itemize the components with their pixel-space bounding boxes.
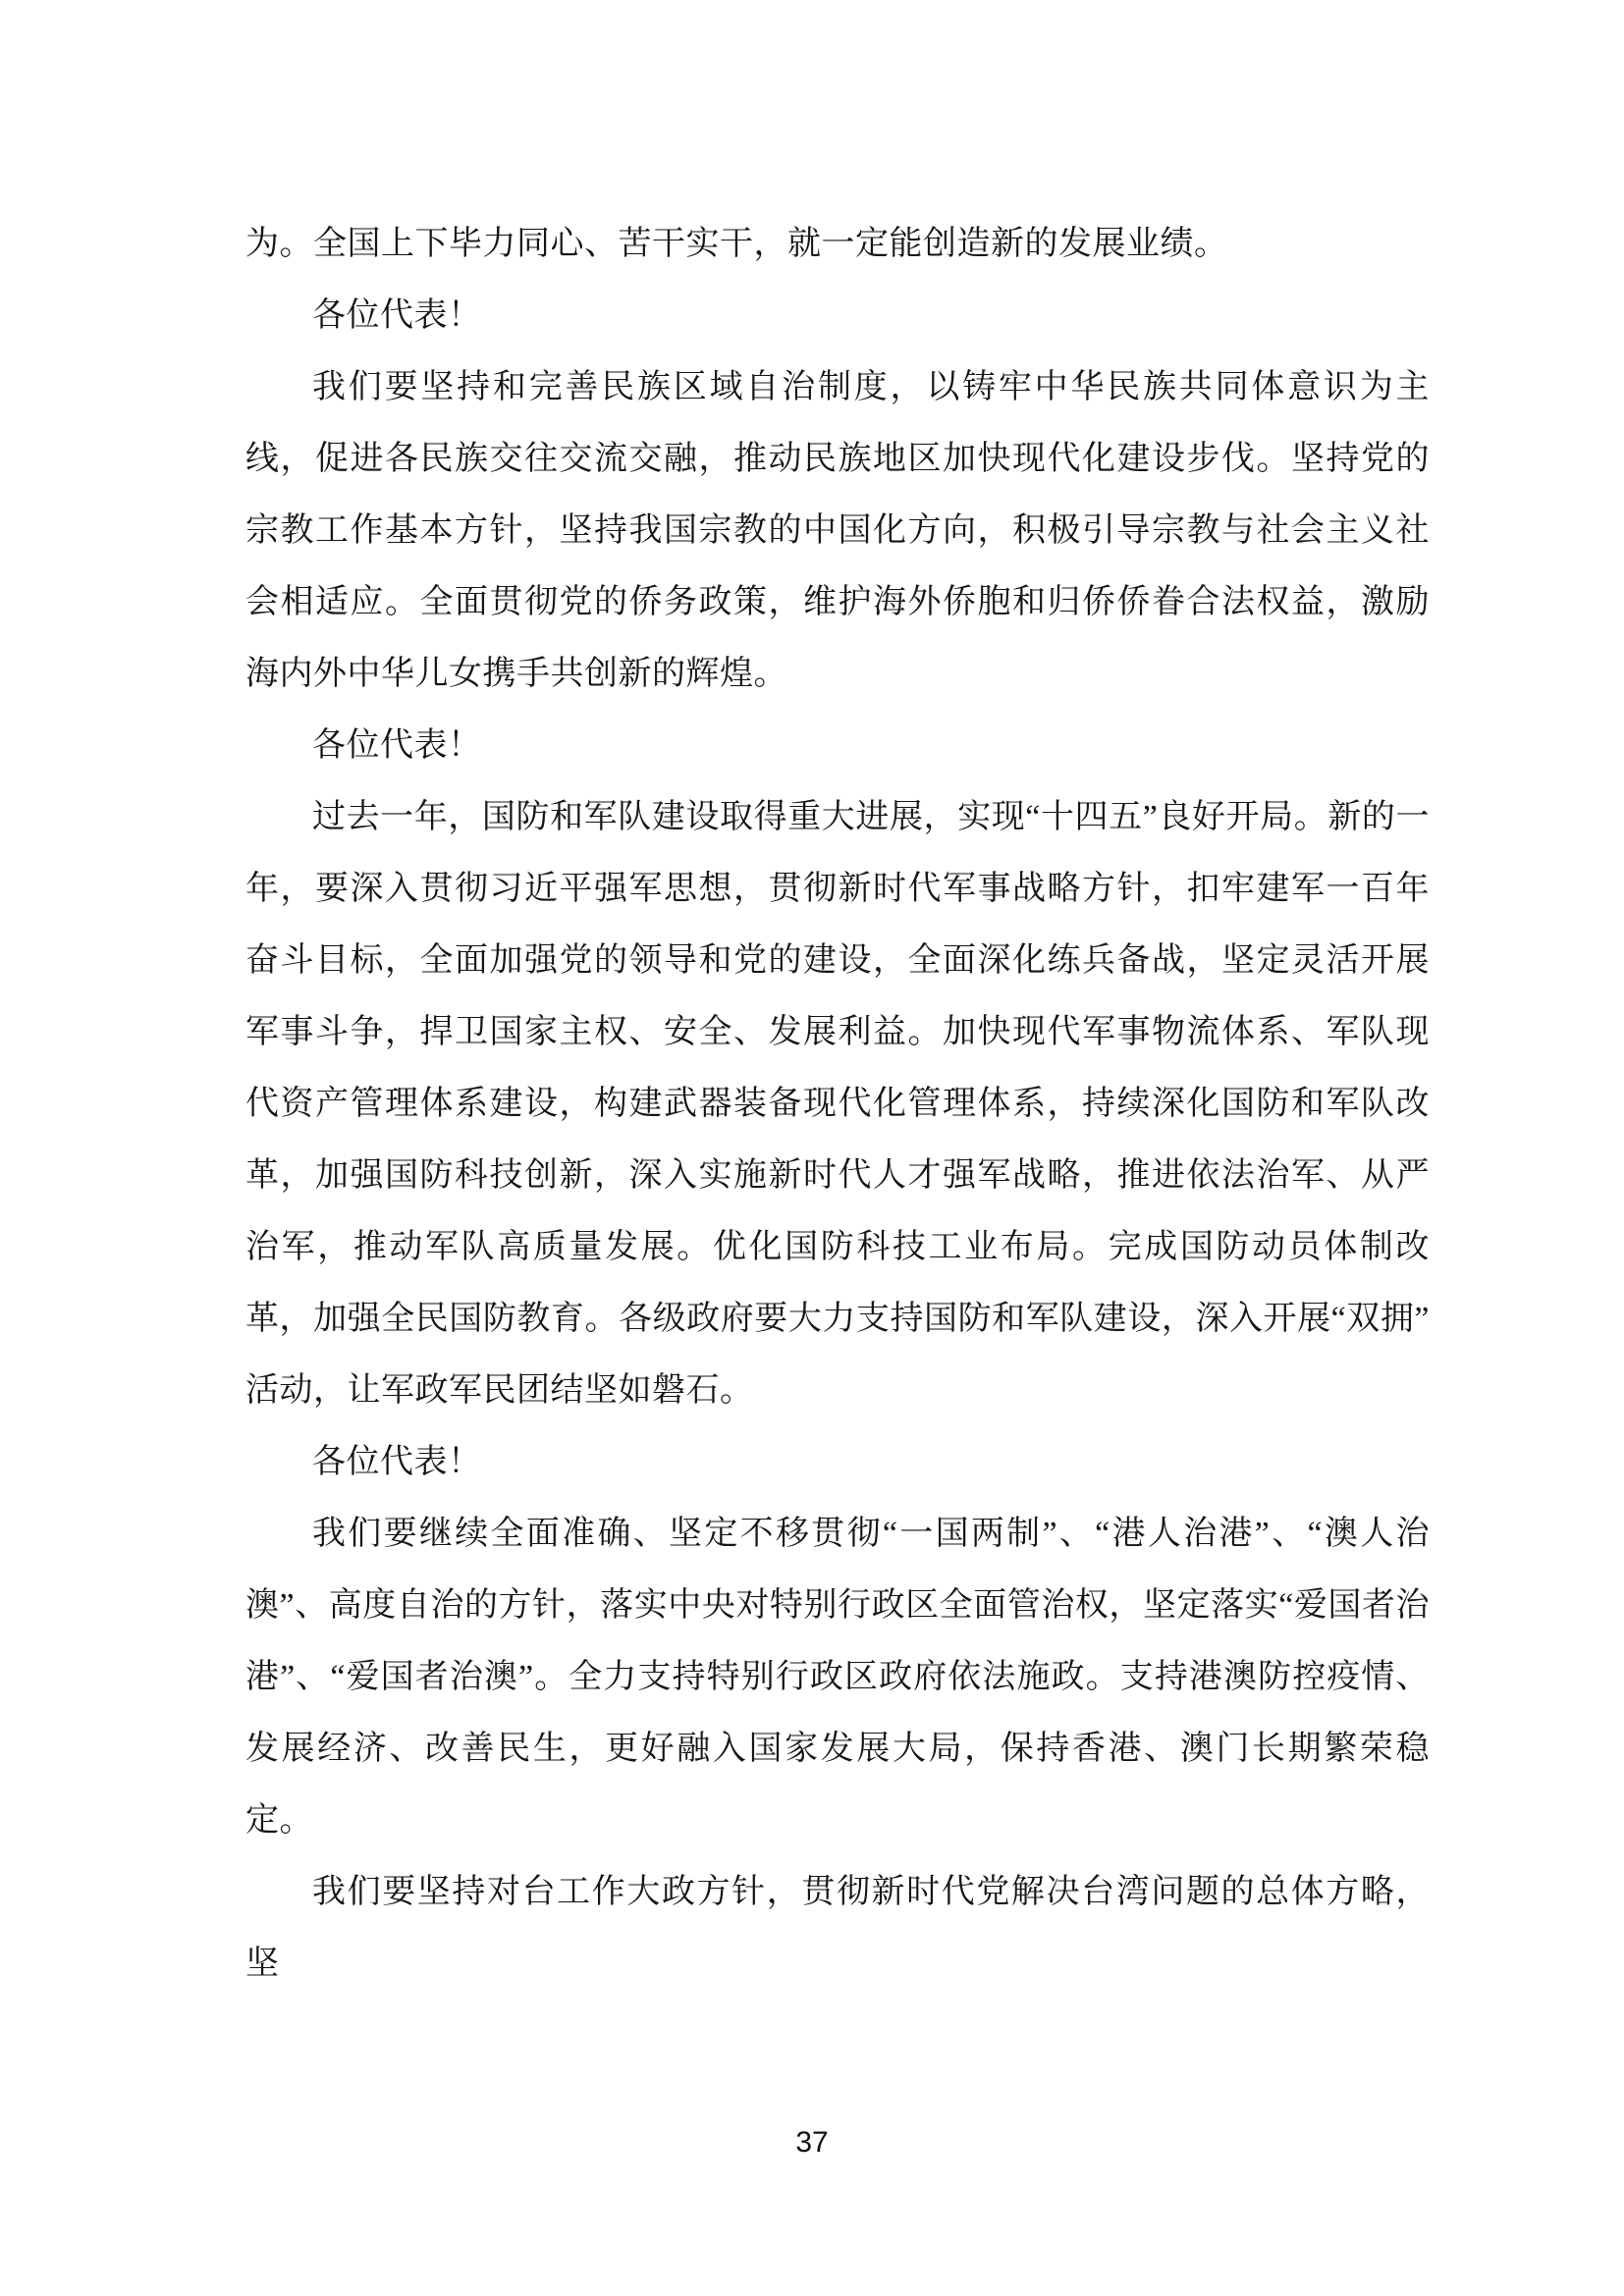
paragraph: 过去一年，国防和军队建设取得重大进展，实现“十四五”良好开局。新的一年，要深入贯…: [245, 781, 1430, 1426]
paragraph: 各位代表！: [245, 1426, 1430, 1498]
paragraph: 各位代表！: [245, 280, 1430, 351]
page-footer: 37: [0, 2126, 1624, 2160]
paragraph: 各位代表！: [245, 710, 1430, 781]
page-body: 为。全国上下毕力同心、苦干实干，就一定能创造新的发展业绩。各位代表！我们要坚持和…: [245, 208, 1430, 2000]
document-page: 为。全国上下毕力同心、苦干实干，就一定能创造新的发展业绩。各位代表！我们要坚持和…: [0, 0, 1624, 2296]
paragraph: 我们要坚持对台工作大政方针，贯彻新时代党解决台湾问题的总体方略，坚: [245, 1856, 1430, 2000]
page-number: 37: [795, 2126, 828, 2159]
paragraph: 为。全国上下毕力同心、苦干实干，就一定能创造新的发展业绩。: [245, 208, 1430, 280]
paragraph: 我们要坚持和完善民族区域自治制度，以铸牢中华民族共同体意识为主线，促进各民族交往…: [245, 351, 1430, 710]
paragraph: 我们要继续全面准确、坚定不移贯彻“一国两制”、“港人治港”、“澳人治澳”、高度自…: [245, 1498, 1430, 1856]
